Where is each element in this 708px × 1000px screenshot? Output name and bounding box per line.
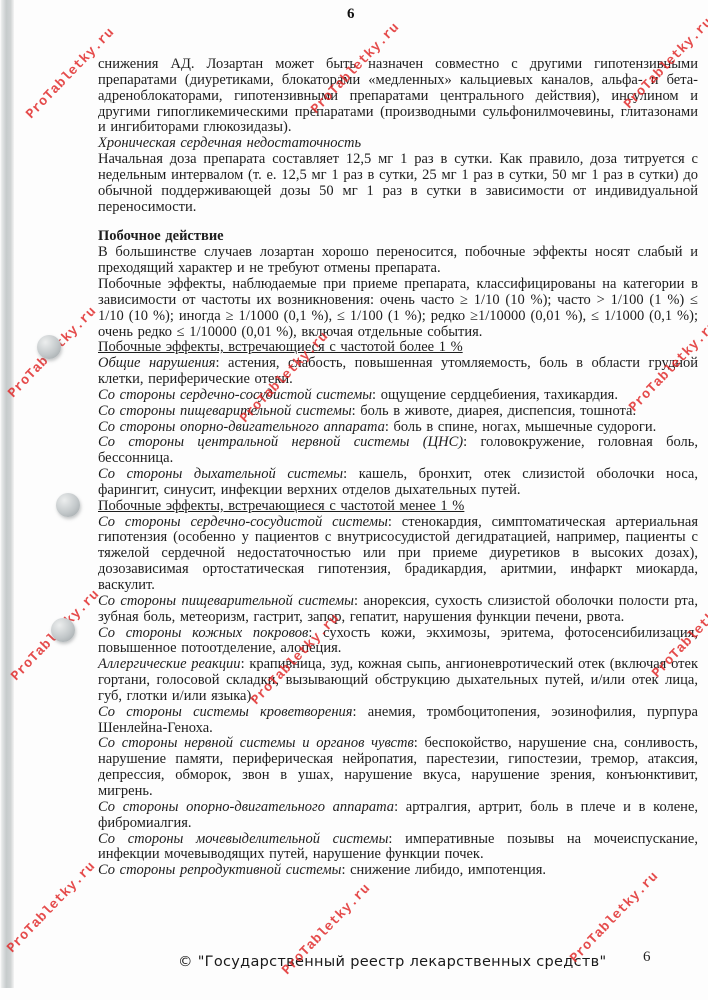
entry-lead: Со стороны дыхательной системы [98, 466, 343, 482]
scan-glare-spot [51, 618, 75, 642]
entry-lead: Общие нарушения [98, 355, 215, 371]
section-heading: Побочное действие [98, 229, 698, 245]
page-number-top: 6 [347, 6, 355, 23]
paragraph: В большинстве случаев лозартан хорошо пе… [98, 245, 698, 277]
side-effect-entry: Со стороны нервной системы и органов чув… [98, 736, 698, 799]
paragraph: снижения АД. Лозартан может быть назначе… [98, 57, 698, 136]
side-effect-entry: Общие нарушения: астения, слабость, повы… [98, 356, 698, 388]
entry-lead: Со стороны мочевыделительной системы [98, 831, 388, 847]
side-effect-entry: Со стороны мочевыделительной системы: им… [98, 832, 698, 864]
entry-lead: Аллергические реакции [98, 656, 241, 672]
side-effect-entry: Со стороны дыхательной системы: кашель, … [98, 467, 698, 499]
side-effect-entry: Со стороны сердечно-сосудистой системы: … [98, 515, 698, 594]
protabletky-watermark: ProTabletky.ru [5, 859, 99, 956]
paragraph: Начальная доза препарата составляет 12,5… [98, 152, 698, 215]
entry-lead: Со стороны опорно-двигательного аппарата [98, 419, 385, 435]
scan-edge-shadow [0, 0, 14, 988]
side-effect-entry: Со стороны репродуктивной системы: сниже… [98, 863, 698, 879]
side-effect-entry: Со стороны опорно-двигательного аппарата… [98, 420, 698, 436]
side-effect-entry: Со стороны системы кроветворения: анемия… [98, 705, 698, 737]
section-heading: Хроническая сердечная недостаточность [98, 136, 698, 152]
side-effect-entry: Со стороны сердечно-сосудистой системы: … [98, 388, 698, 404]
section-heading: Побочные эффекты, встречающиеся с частот… [98, 499, 698, 515]
scanned-page: 6 снижения АД. Лозартан может быть назна… [0, 0, 708, 1000]
page-number-bottom: 6 [643, 949, 651, 966]
section-heading: Побочные эффекты, встречающиеся с частот… [98, 340, 698, 356]
entry-lead: Со стороны кожных покровов [98, 625, 308, 641]
side-effect-entry: Со стороны пищеварительной системы: анор… [98, 594, 698, 626]
scan-glare-spot [37, 335, 61, 359]
entry-lead: Со стороны сердечно-сосудистой системы [98, 387, 372, 403]
entry-lead: Со стороны центральной нервной системы (… [98, 434, 463, 450]
entry-lead: Со стороны пищеварительной системы [98, 403, 352, 419]
scan-glare-spot [56, 493, 80, 517]
side-effect-entry: Аллергические реакции: крапивница, зуд, … [98, 657, 698, 705]
side-effect-entry: Со стороны центральной нервной системы (… [98, 435, 698, 467]
side-effect-entry: Со стороны опорно-двигательного аппарата… [98, 800, 698, 832]
entry-lead: Со стороны пищеварительной системы [98, 593, 354, 609]
paragraph: Побочные эффекты, наблюдаемые при приеме… [98, 277, 698, 340]
side-effect-entry: Со стороны кожных покровов: сухость кожи… [98, 626, 698, 658]
footer-copyright: © "Государственный реестр лекарственных … [178, 954, 606, 970]
entry-lead: Со стороны нервной системы и органов чув… [98, 735, 414, 751]
side-effect-entry: Со стороны пищеварительной системы: боль… [98, 404, 698, 420]
document-body: снижения АД. Лозартан может быть назначе… [98, 57, 698, 879]
entry-lead: Со стороны опорно-двигательного аппарата [98, 799, 394, 815]
entry-lead: Со стороны репродуктивной системы [98, 862, 341, 878]
entry-lead: Со стороны сердечно-сосудистой системы [98, 514, 388, 530]
entry-lead: Со стороны системы кроветворения [98, 704, 353, 720]
